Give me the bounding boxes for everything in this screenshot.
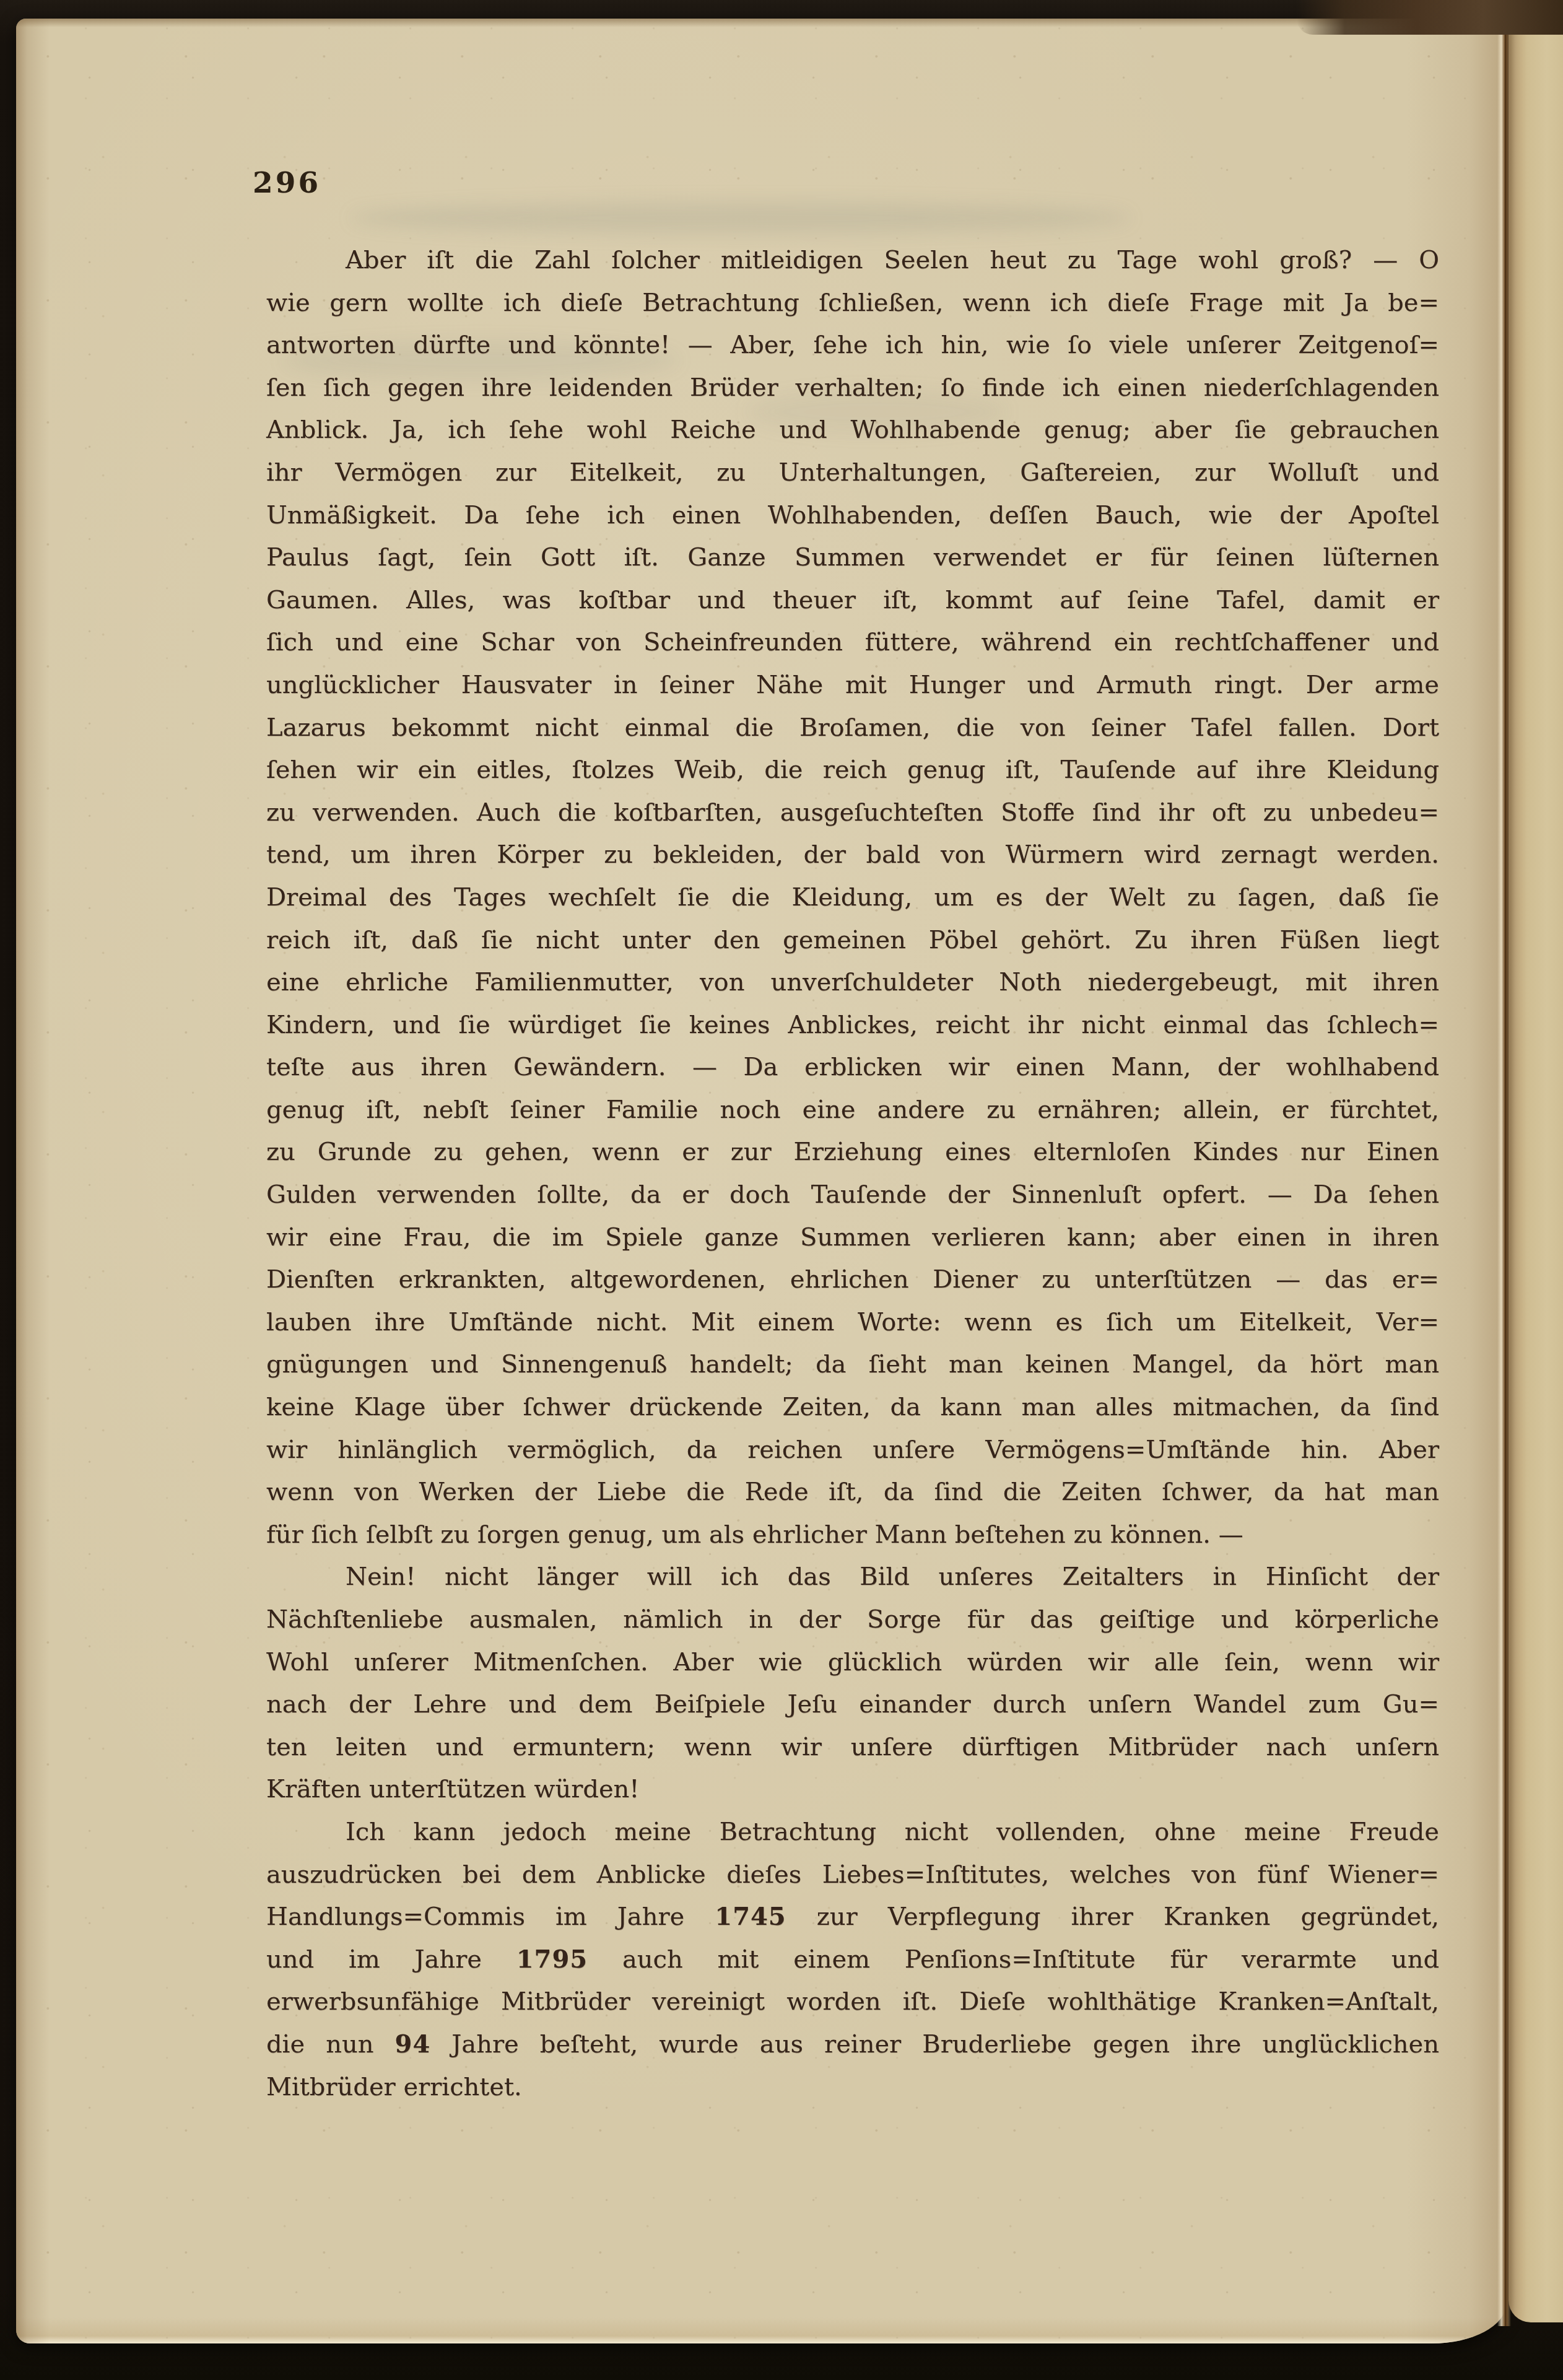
text-line: Nächſtenliebe ausmalen, nämlich in der S… <box>266 1598 1439 1641</box>
book-binding <box>1297 0 1563 35</box>
text-line: Dienſten erkrankten, altgewordenen, ehrl… <box>266 1258 1439 1301</box>
text-line: Unmäßigkeit. Da ſehe ich einen Wohlhaben… <box>266 494 1439 537</box>
text-line: wir eine Frau, die im Spiele ganze Summe… <box>266 1216 1439 1259</box>
text-line: tend, um ihren Körper zu bekleiden, der … <box>266 834 1439 876</box>
text-line: ſehen wir ein eitles, ſtolzes Weib, die … <box>266 749 1439 791</box>
text-line: gnügungen und Sinnengenuß handelt; da ſi… <box>266 1343 1439 1386</box>
text-line: Ich kann jedoch meine Betrachtung nicht … <box>266 1811 1439 1854</box>
text-line: keine Klage über ſchwer drückende Zeiten… <box>266 1386 1439 1429</box>
gutter-fold <box>1497 25 1511 2326</box>
body-text: Aber iſt die Zahl ſolcher mitleidigen Se… <box>266 239 1439 2108</box>
text-line: Paulus ſagt, ſein Gott iſt. Ganze Summen… <box>266 536 1439 579</box>
text-line: reich iſt, daß ſie nicht unter den gemei… <box>266 919 1439 962</box>
text-line: Wohl unſerer Mitmenſchen. Aber wie glück… <box>266 1641 1439 1684</box>
text-line: wenn von Werken der Liebe die Rede iſt, … <box>266 1471 1439 1514</box>
text-line: Kräften unterſtützen würden! <box>266 1768 1439 1811</box>
text-line: zu verwenden. Auch die koſtbarſten, ausg… <box>266 791 1439 834</box>
text-line: wir hinlänglich vermöglich, da reichen u… <box>266 1429 1439 1471</box>
text-line: Handlungs=Commis im Jahre 1745 zur Verpf… <box>266 1896 1439 1938</box>
page-number: 296 <box>253 166 321 200</box>
text-line: für ſich ſelbſt zu ſorgen genug, um als … <box>266 1514 1439 1556</box>
text-line: nach der Lehre und dem Beiſpiele Jeſu ei… <box>266 1683 1439 1726</box>
text-line: ten leiten und ermuntern; wenn wir unſer… <box>266 1726 1439 1769</box>
text-line: teſte aus ihren Gewändern. — Da erblicke… <box>266 1046 1439 1089</box>
text-line: Anblick. Ja, ich ſehe wohl Reiche und Wo… <box>266 409 1439 451</box>
text-line: genug iſt, nebſt ſeiner Familie noch ein… <box>266 1089 1439 1131</box>
text-line: Lazarus bekommt nicht einmal die Broſame… <box>266 707 1439 749</box>
text-line: ihr Vermögen zur Eitelkeit, zu Unterhalt… <box>266 451 1439 494</box>
text-line: lauben ihre Umſtände nicht. Mit einem Wo… <box>266 1301 1439 1344</box>
text-line: erwerbsunfähige Mitbrüder vereinigt word… <box>266 1981 1439 2023</box>
text-line: die nun 94 Jahre beſteht, wurde aus rein… <box>266 2023 1439 2066</box>
text-line: antworten dürfte und könnte! — Aber, ſeh… <box>266 324 1439 367</box>
text-line: auszudrücken bei dem Anblicke dieſes Lie… <box>266 1854 1439 1896</box>
text-line: zu Grunde zu gehen, wenn er zur Erziehun… <box>266 1131 1439 1174</box>
text-line: und im Jahre 1795 auch mit einem Penſion… <box>266 1938 1439 1981</box>
book-scan-background: 296 Aber iſt die Zahl ſolcher mitleidige… <box>0 0 1563 2380</box>
text-line: ſich und eine Schar von Scheinfreunden f… <box>266 621 1439 664</box>
ink-bleedthrough-smudge <box>350 202 1131 234</box>
text-line: Gaumen. Alles, was koſtbar und theuer iſ… <box>266 579 1439 622</box>
text-line: eine ehrliche Familienmutter, von unverſ… <box>266 961 1439 1004</box>
text-line: Nein! nicht länger will ich das Bild unſ… <box>266 1556 1439 1598</box>
text-line: ſen ſich gegen ihre leidenden Brüder ver… <box>266 367 1439 409</box>
book-page: 296 Aber iſt die Zahl ſolcher mitleidige… <box>16 19 1506 2343</box>
text-line: unglücklicher Hausvater in ſeiner Nähe m… <box>266 664 1439 707</box>
text-line: Dreimal des Tages wechſelt ſie die Kleid… <box>266 876 1439 919</box>
text-line: Kindern, und ſie würdiget ſie keines Anb… <box>266 1004 1439 1047</box>
text-line: Mitbrüder errichtet. <box>266 2066 1439 2109</box>
adjacent-page-edge <box>1509 27 1563 2322</box>
text-line: Aber iſt die Zahl ſolcher mitleidigen Se… <box>266 239 1439 282</box>
text-line: wie gern wollte ich dieſe Betrachtung ſc… <box>266 282 1439 325</box>
text-line: Gulden verwenden ſollte, da er doch Tauſ… <box>266 1174 1439 1216</box>
